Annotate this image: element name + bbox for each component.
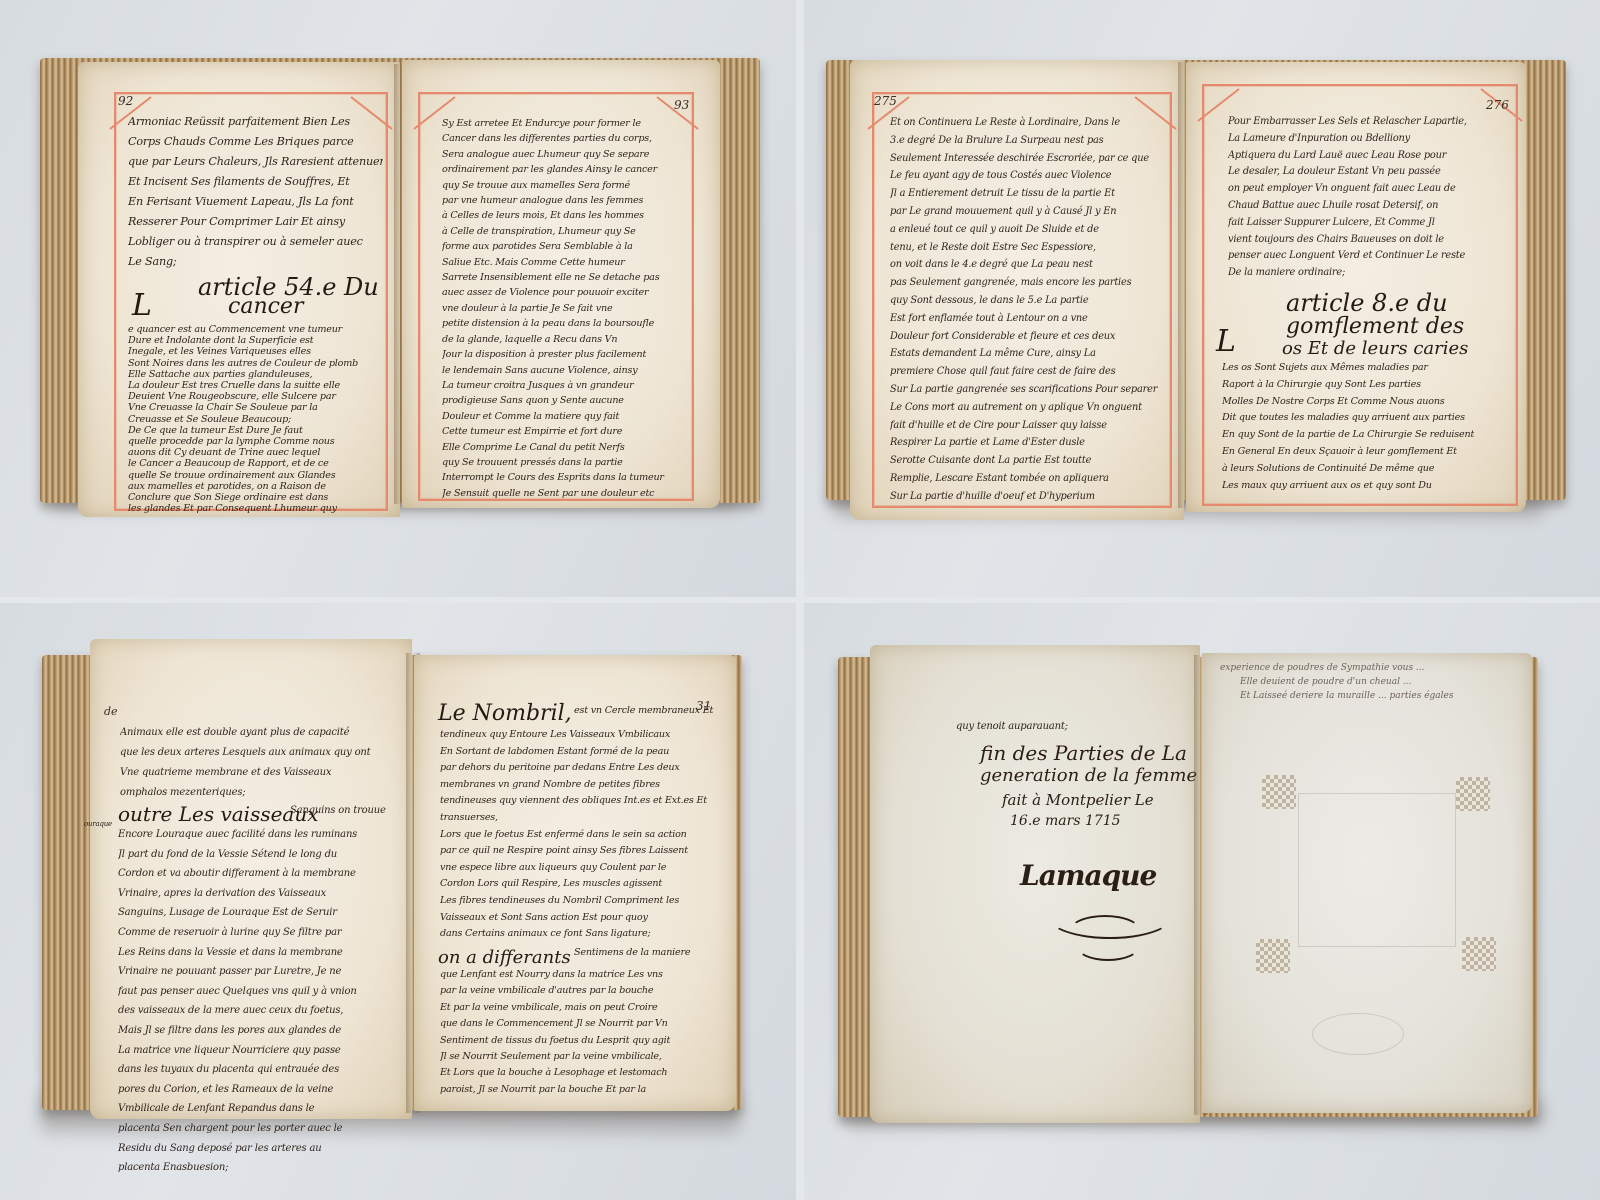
right-page: 31 Le Nombril, est vn Cercle membraneux … — [414, 655, 736, 1111]
left-page: 92 Armoniac Reüssit parfaitement Bien Le… — [78, 62, 400, 517]
section-heading-line2: cancer — [228, 294, 303, 320]
page-number: 275 — [874, 94, 897, 108]
colophon-line-1: fin des Parties de La — [980, 741, 1187, 765]
checkered-corner-square — [1262, 775, 1296, 809]
checkered-corner-square — [1462, 937, 1496, 971]
page-number: 276 — [1486, 98, 1509, 112]
catchword: quy tenoit auparauant; — [956, 715, 1068, 739]
catchword: de — [104, 705, 118, 718]
heading-continuation: Sanguins on trouue — [290, 799, 386, 823]
handwritten-text: Sy Est arretee Et Endurcye pour former l… — [442, 116, 682, 501]
right-page: 276 Pour Embarrasser Les Sels et Relasch… — [1186, 62, 1526, 512]
handwritten-text: tendineux quy Entoure Les Vaisseaux Vmbi… — [440, 727, 725, 943]
photo-collage: 92 Armoniac Reüssit parfaitement Bien Le… — [0, 0, 1600, 1200]
checkered-corner-square — [1256, 939, 1290, 973]
section-heading: article 8.e du — [1286, 290, 1448, 316]
heading-continuation: Sentimens de la maniere — [574, 941, 690, 965]
handwritten-text: Armoniac Reüssit parfaitement Bien Les C… — [128, 112, 383, 272]
handwritten-text: Animaux elle est double ayant plus de ca… — [120, 723, 405, 803]
handwritten-text-body: e quancer est au Commencement vne tumeur… — [128, 324, 383, 514]
section-heading: Le Nombril, — [438, 701, 572, 727]
show-through-illustration — [1312, 1013, 1404, 1055]
photo-panel-top-left: 92 Armoniac Reüssit parfaitement Bien Le… — [0, 0, 796, 597]
margin-note: ouraque — [84, 819, 112, 829]
colophon-date: 16.e mars 1715 — [1010, 813, 1121, 829]
handwritten-text: Pour Embarrasser Les Sels et Relascher L… — [1228, 114, 1508, 282]
signature: Lamaque — [1020, 859, 1156, 892]
right-page: experience de poudres de Sympathie vous … — [1202, 653, 1532, 1113]
colophon-line-2: generation de la femme — [980, 765, 1197, 786]
photo-panel-bottom-left: de Animaux elle est double ayant plus de… — [0, 603, 796, 1200]
photo-panel-top-right: 275 Et on Continuera Le Reste à Lordinai… — [804, 0, 1600, 597]
left-page: 275 Et on Continuera Le Reste à Lordinai… — [850, 60, 1184, 520]
page-number: 93 — [674, 98, 689, 112]
colophon-line-3: fait à Montpelier Le — [1002, 791, 1154, 809]
left-page: de Animaux elle est double ayant plus de… — [90, 639, 412, 1119]
drop-initial: L — [132, 288, 152, 323]
handwritten-text-body: Encore Louraque auec facilité dans les r… — [118, 825, 403, 1178]
page-number: 92 — [118, 94, 133, 108]
show-through-illustration — [1298, 793, 1456, 947]
signature-flourish — [1076, 931, 1140, 961]
collage-divider — [0, 597, 1600, 603]
left-page: quy tenoit auparauant; fin des Parties d… — [870, 645, 1200, 1123]
handwritten-text-body: que Lenfant est Nourry dans la matrice L… — [440, 967, 725, 1098]
drop-initial: L — [1216, 324, 1236, 359]
photo-panel-bottom-right: quy tenoit auparauant; fin des Parties d… — [804, 603, 1600, 1200]
checkered-corner-square — [1456, 777, 1490, 811]
section-heading: outre Les vaisseaux — [118, 801, 319, 827]
handwritten-text-body: Les os Sont Sujets aux Mêmes maladies pa… — [1222, 360, 1512, 494]
section-heading-line3: os Et de leurs caries — [1282, 336, 1468, 362]
right-page: 93 Sy Est arretee Et Endurcye pour forme… — [402, 60, 720, 508]
faint-notes: experience de poudres de Sympathie vous … — [1220, 661, 1520, 703]
heading-continuation: est vn Cercle membraneux Et — [574, 699, 713, 723]
handwritten-text: Et on Continuera Le Reste à Lordinaire, … — [890, 114, 1170, 506]
